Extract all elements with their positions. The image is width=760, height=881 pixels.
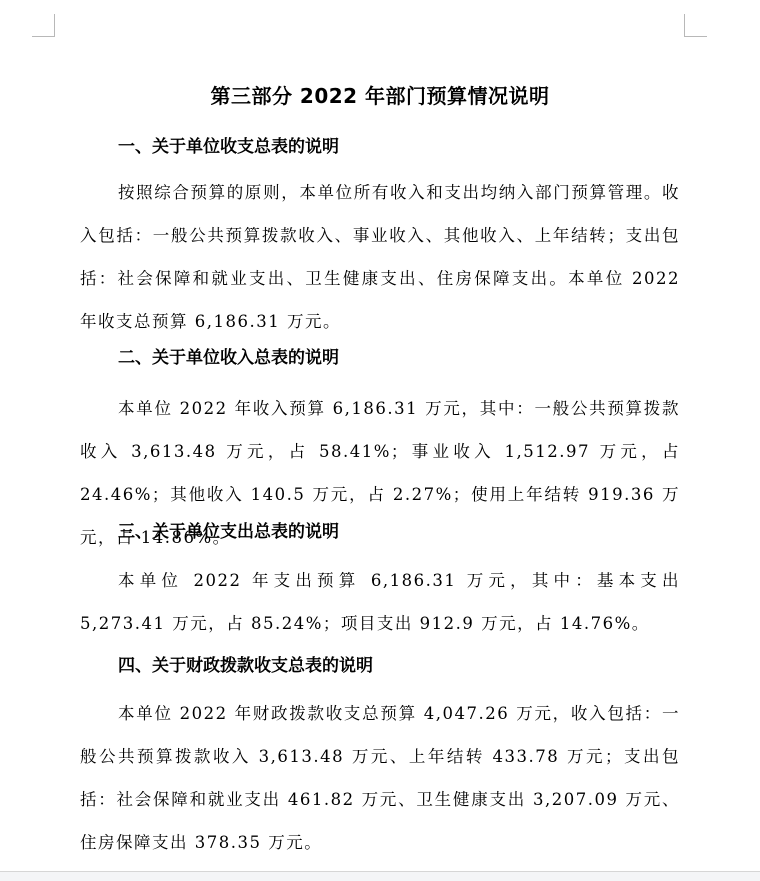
section-heading-2: 二、关于单位收入总表的说明 (118, 346, 339, 370)
section-heading-3: 三、关于单位支出总表的说明 (118, 520, 339, 544)
section-body-1: 按照综合预算的原则，本单位所有收入和支出均纳入部门预算管理。收入包括：一般公共预… (80, 171, 680, 343)
section-heading-1: 一、关于单位收支总表的说明 (118, 135, 339, 159)
document-title: 第三部分 2022 年部门预算情况说明 (0, 82, 760, 110)
section-heading-4: 四、关于财政拨款收支总表的说明 (118, 654, 373, 678)
margin-corner-mark-top-right (684, 14, 707, 37)
margin-corner-mark-top-left (32, 14, 55, 37)
document-page: 第三部分 2022 年部门预算情况说明 一、关于单位收支总表的说明 按照综合预算… (0, 0, 760, 872)
section-body-4: 本单位 2022 年财政拨款收支总预算 4,047.26 万元，收入包括：一般公… (80, 692, 680, 864)
section-body-3: 本单位 2022 年支出预算 6,186.31 万元，其中：基本支出 5,273… (80, 559, 680, 645)
